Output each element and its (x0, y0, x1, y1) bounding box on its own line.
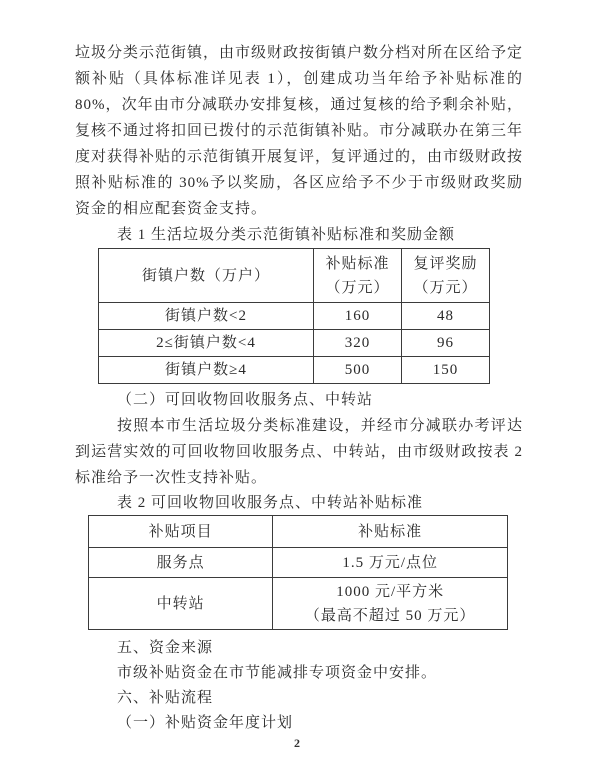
table1-header-subsidy-standard: 补贴标准 （万元） (314, 249, 402, 303)
table-cell: 320 (314, 330, 402, 357)
table2-row: 服务点 1.5 万元/点位 (89, 548, 508, 578)
table1-header-review-reward: 复评奖励 （万元） (402, 249, 490, 303)
table-cell: 2≤街镇户数<4 (99, 330, 314, 357)
table1-row: 2≤街镇户数<4 320 96 (99, 330, 490, 357)
table2-row: 中转站 1000 元/平方米 （最高不超过 50 万元） (89, 578, 508, 630)
table-cell: 48 (402, 303, 490, 330)
paragraph-demonstration-street-subsidy: 垃圾分类示范街镇，由市级财政按街镇户数分档对所在区给予定额补贴（具体标准详见表 … (75, 40, 523, 222)
table1-row: 街镇户数<2 160 48 (99, 303, 490, 330)
table1-header-subsidy-line2: （万元） (314, 276, 401, 300)
page-number: 2 (0, 736, 594, 751)
page-content: 垃圾分类示范街镇，由市级财政按街镇户数分档对所在区给予定额补贴（具体标准详见表 … (75, 40, 523, 736)
table-cell: 中转站 (89, 578, 273, 630)
table-cell: 96 (402, 330, 490, 357)
table2-transfer-station-standard-line1: 1000 元/平方米 (273, 580, 507, 604)
table2-recyclable-subsidy-standards: 补贴项目 补贴标准 服务点 1.5 万元/点位 中转站 1000 元/平方米 （… (88, 515, 508, 630)
table2-transfer-station-standard-line2: （最高不超过 50 万元） (273, 604, 507, 628)
table-cell: 160 (314, 303, 402, 330)
section6-title: 六、补贴流程 (75, 686, 523, 711)
table-cell: 街镇户数≥4 (99, 357, 314, 384)
table2-header-row: 补贴项目 补贴标准 (89, 516, 508, 548)
table1-header-row: 街镇户数（万户） 补贴标准 （万元） 复评奖励 （万元） (99, 249, 490, 303)
document-page: 垃圾分类示范街镇，由市级财政按街镇户数分档对所在区给予定额补贴（具体标准详见表 … (0, 0, 594, 764)
table-cell: 街镇户数<2 (99, 303, 314, 330)
table1-header-subsidy-line1: 补贴标准 (314, 252, 401, 276)
table2-header-standard: 补贴标准 (273, 516, 508, 548)
table-cell: 1000 元/平方米 （最高不超过 50 万元） (273, 578, 508, 630)
heading-recyclable-collection-points: （二）可回收物回收服务点、中转站 (75, 387, 523, 413)
table-cell: 1.5 万元/点位 (273, 548, 508, 578)
table1-header-reward-line2: （万元） (402, 276, 489, 300)
table2-caption: 表 2 可回收物回收服务点、中转站补贴标准 (75, 491, 523, 515)
section5-body: 市级补贴资金在市节能减排专项资金中安排。 (75, 661, 523, 686)
table1-header-reward-line1: 复评奖励 (402, 252, 489, 276)
closing-sections: 五、资金来源 市级补贴资金在市节能减排专项资金中安排。 六、补贴流程 （一）补贴… (75, 636, 523, 736)
section5-title: 五、资金来源 (75, 636, 523, 661)
table-cell: 150 (402, 357, 490, 384)
table1-caption: 表 1 生活垃圾分类示范街镇补贴标准和奖励金额 (75, 222, 523, 248)
paragraph-recyclable-subsidy: 按照本市生活垃圾分类标准建设，并经市分减联办考评达到运营实效的可回收物回收服务点… (75, 413, 523, 491)
table2-header-item: 补贴项目 (89, 516, 273, 548)
table-cell: 服务点 (89, 548, 273, 578)
table1-row: 街镇户数≥4 500 150 (99, 357, 490, 384)
section6-subitem1: （一）补贴资金年度计划 (75, 711, 523, 736)
table-cell: 500 (314, 357, 402, 384)
table1-header-households: 街镇户数（万户） (99, 249, 314, 303)
table1-street-subsidy-standards: 街镇户数（万户） 补贴标准 （万元） 复评奖励 （万元） 街镇户数<2 160 … (98, 248, 490, 384)
